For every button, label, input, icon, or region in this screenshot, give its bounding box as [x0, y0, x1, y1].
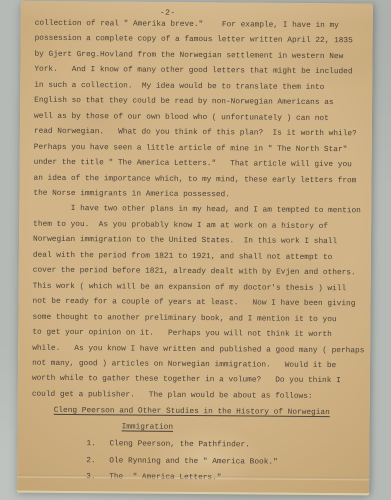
- plan-title-line2: Immigration: [122, 421, 366, 436]
- text-line: could get a publisher. The plan would be…: [32, 388, 366, 406]
- plan-item-text: Ole Rynning and the " America Book.": [109, 453, 278, 471]
- plan-item-text: Cleng Peerson, the Pathfinder.: [109, 437, 250, 455]
- plan-title-line1: Cleng Peerson and Other Studies in the H…: [54, 405, 366, 421]
- plan-list: 1.Cleng Peerson, the Pathfinder.2.Ole Ry…: [31, 436, 365, 488]
- plan-item-number: 2.: [86, 453, 109, 470]
- document-page: -2- collection of real " Amerika breve."…: [17, 1, 373, 494]
- letter-body: collection of real " Amerika breve." For…: [31, 17, 369, 488]
- plan-item-number: 3.: [86, 469, 109, 486]
- plan-title-text1: Cleng Peerson and Other Studies in the H…: [54, 407, 330, 417]
- scan-background: -2- collection of real " Amerika breve."…: [0, 0, 391, 500]
- plan-item-number: 1.: [86, 436, 109, 453]
- body-lines: collection of real " Amerika breve." For…: [32, 17, 369, 406]
- plan-title-text2: Immigration: [122, 423, 174, 431]
- plan-item-text: The " America Letters.": [109, 470, 221, 487]
- plan-list-item: 3.The " America Letters.": [86, 469, 365, 488]
